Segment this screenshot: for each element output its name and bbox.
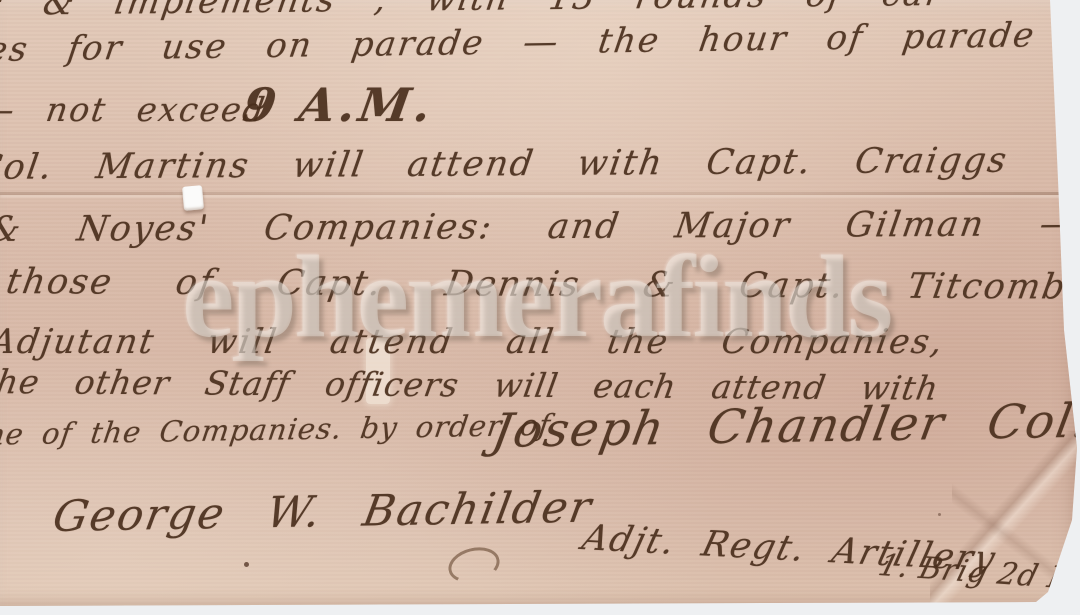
ink-speck <box>244 562 249 567</box>
letter-line-3: — not exceed <box>0 90 269 129</box>
letter-paper: s & implements , with 13 rounds of car —… <box>0 0 1080 606</box>
letter-line-2: es for use on parade — the hour of parad… <box>0 15 1038 70</box>
letter-line-4: Col. Martins will attend with Capt. Crai… <box>0 141 1011 188</box>
signature-george-bachilder: George W. Bachilder <box>49 483 597 542</box>
stray-ink-loop <box>445 542 504 588</box>
horizontal-fold-line <box>0 192 1062 195</box>
letter-line-3-time: 9 A.M. <box>239 78 438 132</box>
scanned-letter-photo: s & implements , with 13 rounds of car —… <box>0 0 1080 615</box>
letter-line-7: Adjutant will attend all the Companies, <box>0 322 947 362</box>
letter-line-5: & Noyes' Companies: and Major Gilman — <box>0 204 1080 250</box>
ink-speck <box>938 513 941 516</box>
signature-joseph-chandler: Joseph Chandler Col: <box>488 394 1080 459</box>
letter-line-6: those of Capt. Dennis & Capt. Titcomb. <box>3 262 1080 308</box>
paper-hole <box>182 185 204 211</box>
letter-line-9: one of the Companies. by order of <box>0 408 553 452</box>
